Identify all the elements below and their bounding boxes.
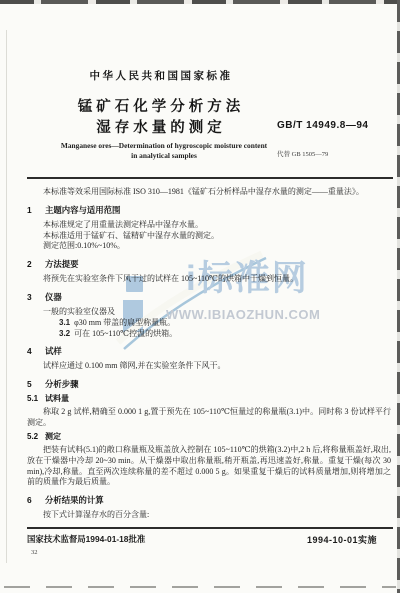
section-number: 1 [27,205,38,216]
paragraph: 本标准适用于锰矿石、锰精矿中湿存水量的测定。 [27,231,391,242]
clause-item: 3.1φ30 mm 带盖的扁型称量瓶。 [27,318,391,329]
implementation-date: 1994-10-01实施 [307,533,377,546]
section-3-heading: 3仪器 [27,292,391,303]
document-body: 本标准等效采用国际标准 ISO 310—1981《锰矿石分析样品中湿存水量的测定… [27,187,391,521]
paragraph: 一般的实验室仪器及 [27,307,391,318]
document-title-line1: 锰矿石化学分析方法 [27,95,295,116]
clause-number: 5.2 [27,432,41,443]
scanned-standard-page: 中华人民共和国国家标准 锰矿石化学分析方法 湿存水量的测定 GB/T 14949… [0,0,400,593]
intro-paragraph: 本标准等效采用国际标准 ISO 310—1981《锰矿石分析样品中湿存水量的测定… [27,187,391,198]
clause-text: φ30 mm 带盖的扁型称量瓶。 [74,318,175,327]
section-4-heading: 4试样 [27,346,391,357]
paragraph: 试样应通过 0.100 mm 筛网,并在实验室条件下风干。 [27,361,391,372]
section-title: 分析结果的计算 [45,495,104,505]
section-title: 分析步骤 [45,379,79,389]
scan-artifact-top-edge [0,0,400,4]
section-number: 6 [27,495,38,506]
scan-artifact-left-edge [6,30,7,563]
section-5-heading: 5分析步骤 [27,379,391,390]
paragraph: 本标准规定了用重量法测定样品中湿存水量。 [27,220,391,231]
section-2-heading: 2方法提要 [27,259,391,270]
section-number: 3 [27,292,38,303]
section-title: 主题内容与适用范围 [45,205,120,215]
clause-item: 3.2可在 105~110℃控温的烘箱。 [27,329,391,340]
scan-artifact-bottom-edge [4,586,396,588]
subsection-5-2-heading: 5.2测定 [27,432,391,443]
clause-title: 试料量 [45,394,69,403]
english-title: Manganese ores—Determination of hygrosco… [33,141,295,160]
section-number: 2 [27,259,38,270]
clause-text: 可在 105~110℃控温的烘箱。 [74,329,177,338]
paragraph: 测定范围:0.10%~10%。 [27,241,391,252]
section-number: 4 [27,346,38,357]
footer-divider [27,527,393,529]
paragraph: 按下式计算湿存水的百分含量: [27,510,391,521]
page-number: 32 [31,549,38,556]
section-title: 试样 [45,346,62,356]
clause-title: 测定 [45,432,61,441]
paragraph: 将预先在实验室条件下风干过的试样在 105~110℃的烘箱中干燥到恒量。 [27,274,391,285]
section-title: 仪器 [45,292,62,302]
english-title-line1: Manganese ores—Determination of hygrosco… [33,141,295,151]
paragraph: 把装有试料(5.1)的敞口称量瓶及瓶盖放入控制在 105~110℃的烘箱(3.2… [27,445,391,488]
clause-number: 5.1 [27,394,41,405]
section-6-heading: 6分析结果的计算 [27,495,391,506]
section-title: 方法提要 [45,259,79,269]
national-standard-label: 中华人民共和国国家标准 [27,68,295,83]
english-title-line2: in analytical samples [33,151,295,161]
document-title-line2: 湿存水量的测定 [27,116,295,137]
subsection-5-1-heading: 5.1试料量 [27,394,391,405]
section-number: 5 [27,379,38,390]
section-1-heading: 1主题内容与适用范围 [27,205,391,216]
paragraph: 称取 2 g 试样,精确至 0.000 1 g,置于预先在 105~110℃恒量… [27,407,391,428]
clause-number: 3.1 [43,318,70,329]
approval-note: 国家技术监督局1994-01-18批准 [27,533,145,545]
header-divider [27,177,393,179]
clause-number: 3.2 [43,329,70,340]
standard-number: GB/T 14949.8—94 [277,120,368,131]
